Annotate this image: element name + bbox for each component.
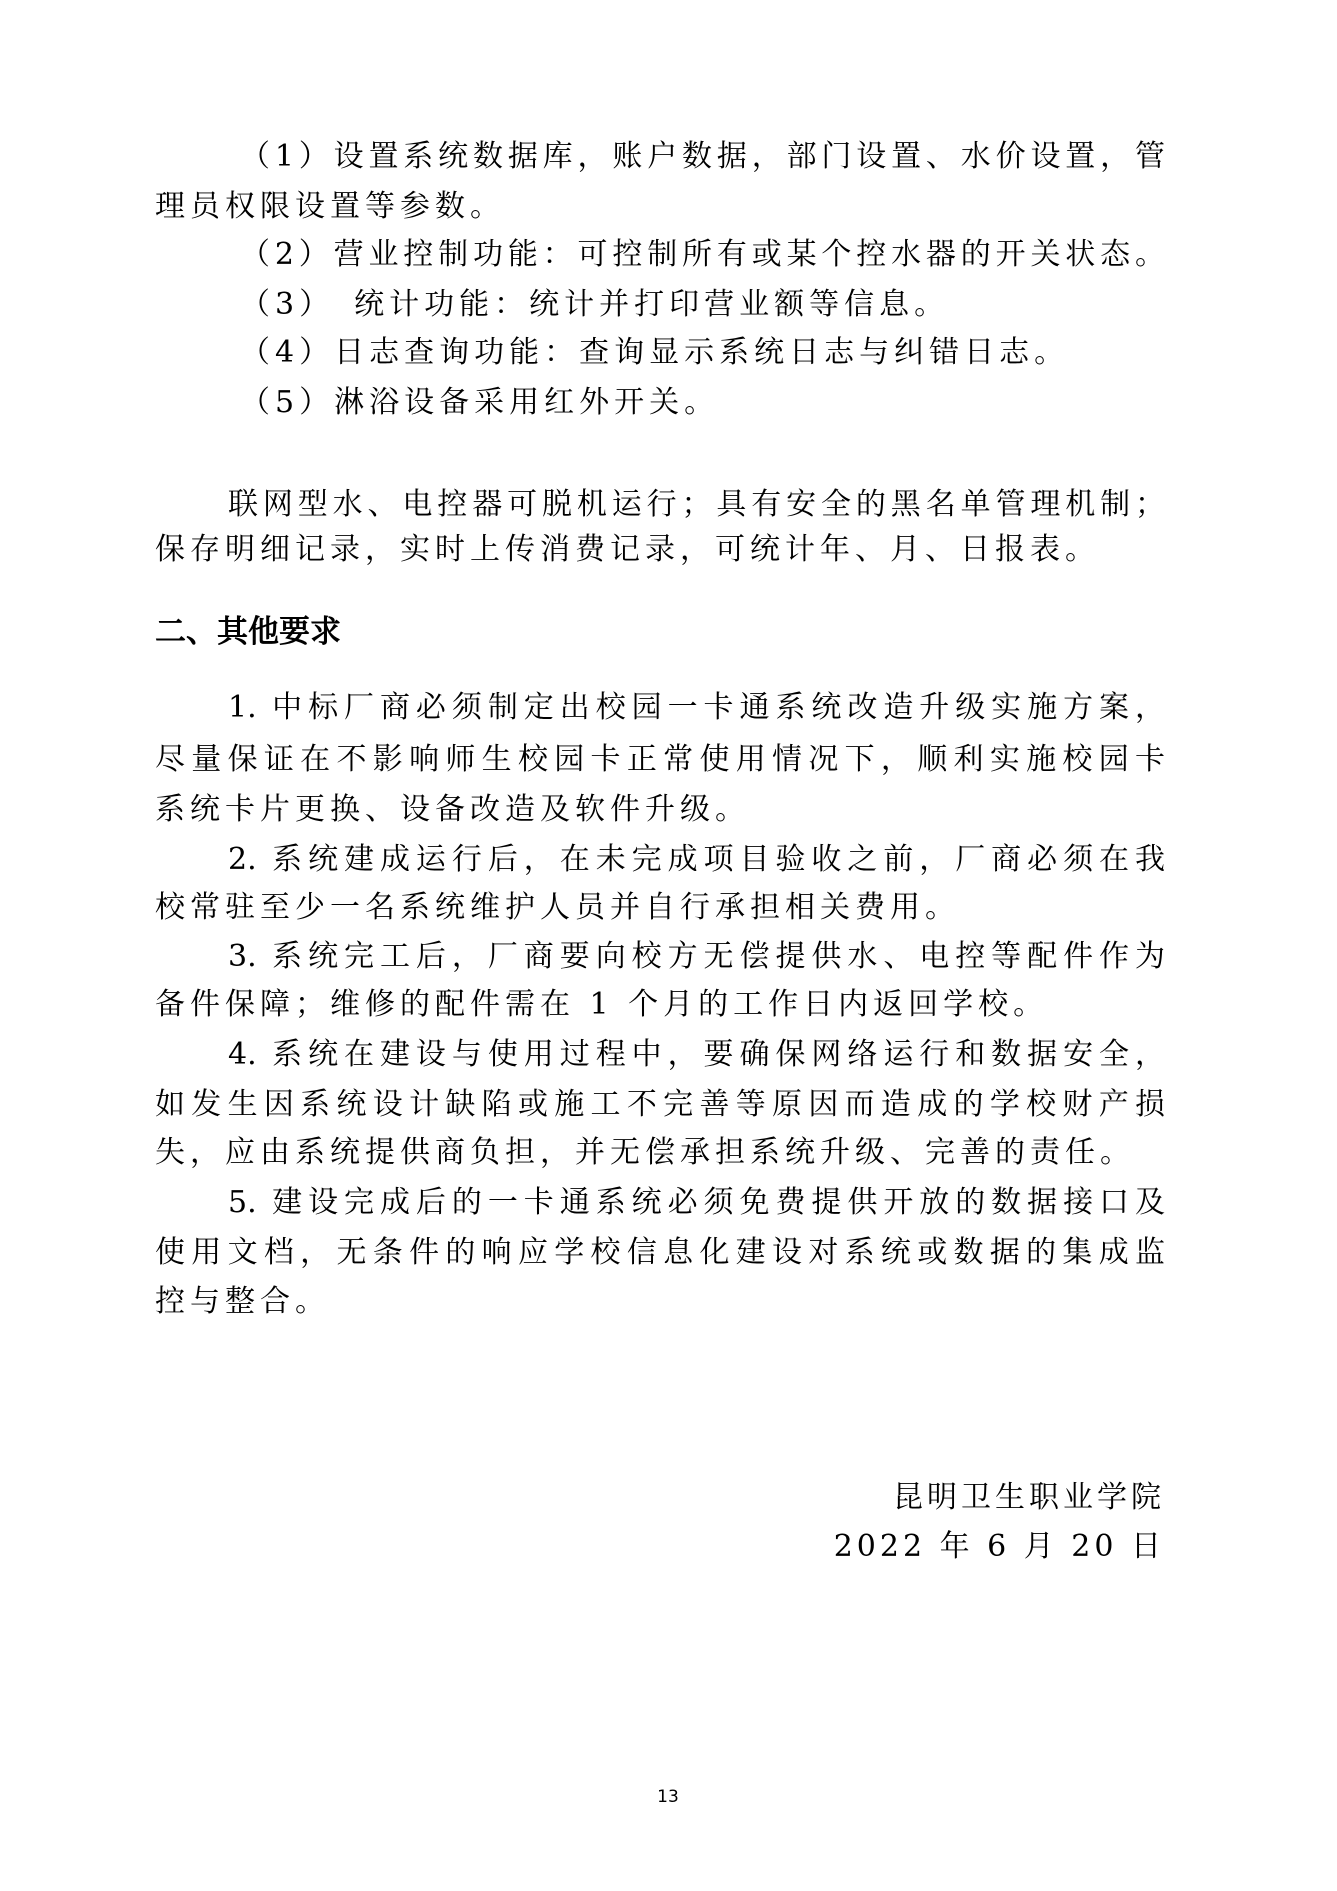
function-item-4: （4）日志查询功能：查询显示系统日志与纠错日志。 <box>240 333 1165 373</box>
requirement-4-line-1: 4. 系统在建设与使用过程中，要确保网络运行和数据安全， <box>228 1035 1165 1075</box>
page-number: 13 <box>648 1785 688 1809</box>
signature-date: 2022 年 6 月 20 日 <box>834 1527 1165 1567</box>
requirement-3-line-1: 3. 系统完工后，厂商要向校方无偿提供水、电控等配件作为 <box>228 937 1165 977</box>
function-item-2: （2）营业控制功能：可控制所有或某个控水器的开关状态。 <box>240 235 1165 275</box>
function-item-1-line-2: 理员权限设置等参数。 <box>155 187 1165 227</box>
requirement-5-line-2: 使用文档，无条件的响应学校信息化建设对系统或数据的集成监 <box>155 1233 1165 1273</box>
section-heading: 二、其他要求 <box>155 612 341 652</box>
requirement-3-line-2: 备件保障；维修的配件需在 1 个月的工作日内返回学校。 <box>155 985 1165 1025</box>
requirement-2-line-2: 校常驻至少一名系统维护人员并自行承担相关费用。 <box>155 888 1165 928</box>
signature-organization: 昆明卫生职业学院 <box>893 1478 1165 1518</box>
requirement-1-line-3: 系统卡片更换、设备改造及软件升级。 <box>155 790 1165 830</box>
requirement-4-line-3: 失，应由系统提供商负担，并无偿承担系统升级、完善的责任。 <box>155 1133 1165 1173</box>
document-page: （1）设置系统数据库，账户数据，部门设置、水价设置，管 理员权限设置等参数。 （… <box>0 0 1337 1891</box>
function-item-5: （5）淋浴设备采用红外开关。 <box>240 383 1165 423</box>
requirement-1-line-2: 尽量保证在不影响师生校园卡正常使用情况下，顺利实施校园卡 <box>155 740 1165 780</box>
network-paragraph-line-1: 联网型水、电控器可脱机运行；具有安全的黑名单管理机制； <box>228 485 1165 525</box>
requirement-5-line-1: 5. 建设完成后的一卡通系统必须免费提供开放的数据接口及 <box>228 1183 1165 1223</box>
function-item-1-line-1: （1）设置系统数据库，账户数据，部门设置、水价设置，管 <box>240 137 1165 177</box>
requirement-1-line-1: 1. 中标厂商必须制定出校园一卡通系统改造升级实施方案， <box>228 688 1165 728</box>
function-item-3: （3） 统计功能：统计并打印营业额等信息。 <box>240 285 1165 325</box>
requirement-2-line-1: 2. 系统建成运行后，在未完成项目验收之前，厂商必须在我 <box>228 840 1165 880</box>
requirement-5-line-3: 控与整合。 <box>155 1282 1165 1322</box>
network-paragraph-line-2: 保存明细记录，实时上传消费记录，可统计年、月、日报表。 <box>155 530 1165 570</box>
requirement-4-line-2: 如发生因系统设计缺陷或施工不完善等原因而造成的学校财产损 <box>155 1085 1165 1125</box>
